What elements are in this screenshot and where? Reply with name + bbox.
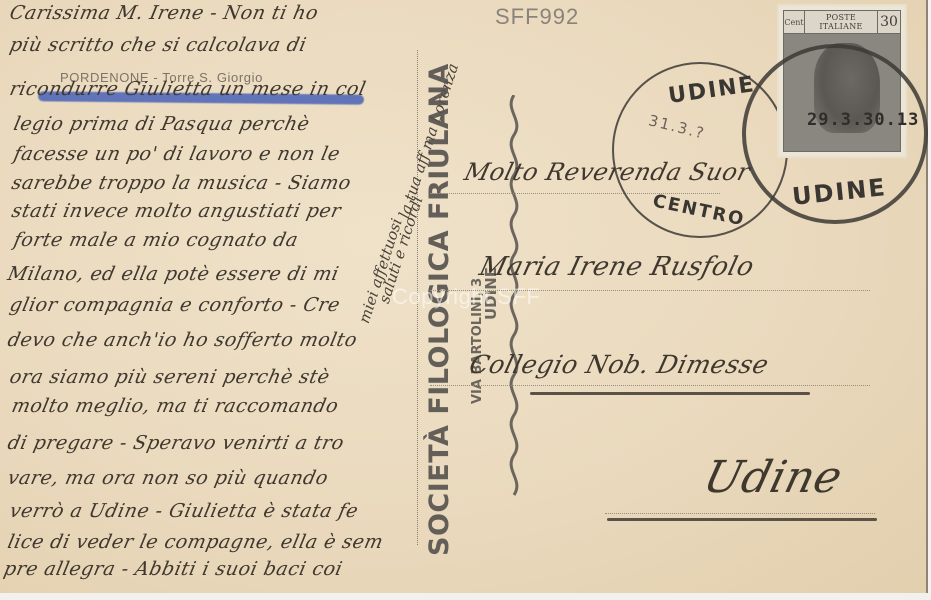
message-line: stati invece molto angustiati per [10, 200, 344, 222]
message-line: facesse un po' di lavoro e non le [12, 143, 343, 165]
message-line: Carissima M. Irene - Non ti ho [8, 2, 321, 24]
address-rule [605, 513, 875, 514]
postcard: SFF992 PORDENONE - Torre S. Giorgio Cari… [0, 0, 928, 594]
address-city: Udine [699, 452, 848, 503]
message-line: molto meglio, ma ti raccomando [10, 395, 341, 417]
address-underline [530, 392, 810, 395]
message-line: ricondurre Giulietta un mese in col [8, 78, 368, 100]
stamp-cent: Cent [784, 11, 805, 33]
catalog-number: SFF992 [495, 4, 579, 30]
message-line: vare, ma ora non so più quando [6, 467, 331, 489]
message-line: sarebbe troppo la musica - Siamo [10, 172, 354, 194]
message-line: legio prima di Pasqua perchè [12, 113, 312, 135]
copyright-watermark: Copyright SFF [392, 284, 540, 310]
stamp-country: POSTE ITALIANE [805, 11, 877, 33]
message-line: pre allegra - Abbiti i suoi baci coi [2, 558, 345, 580]
scan-background [0, 593, 931, 600]
message-line: glior compagnia e conforto - Cre [8, 294, 343, 316]
message-line: lice di veder le compagne, ella è sem [6, 531, 386, 553]
message-line: Milano, ed ella potè essere di mi [6, 263, 341, 285]
address-rule [430, 290, 870, 291]
postmark-date-2: 29.3.30.13 [807, 110, 919, 130]
stamp-value: 30 [877, 11, 900, 33]
message-line: di pregare - Speravo venirti a tro [6, 432, 346, 454]
message-line: più scritto che si calcolava di [8, 34, 309, 56]
message-line: forte male a mio cognato da [12, 229, 301, 251]
address-rule [430, 385, 870, 386]
message-line: devo che anch'io ho sofferto molto [6, 329, 360, 351]
city-underline [607, 518, 877, 521]
address-line-2: Maria Irene Rusfolo [476, 252, 757, 282]
message-line: verrò a Udine - Giulietta è stata fe [8, 500, 361, 522]
message-line: ora siamo più sereni perchè stè [8, 366, 332, 388]
address-line-3: Collegio Nob. Dimesse [466, 350, 772, 379]
